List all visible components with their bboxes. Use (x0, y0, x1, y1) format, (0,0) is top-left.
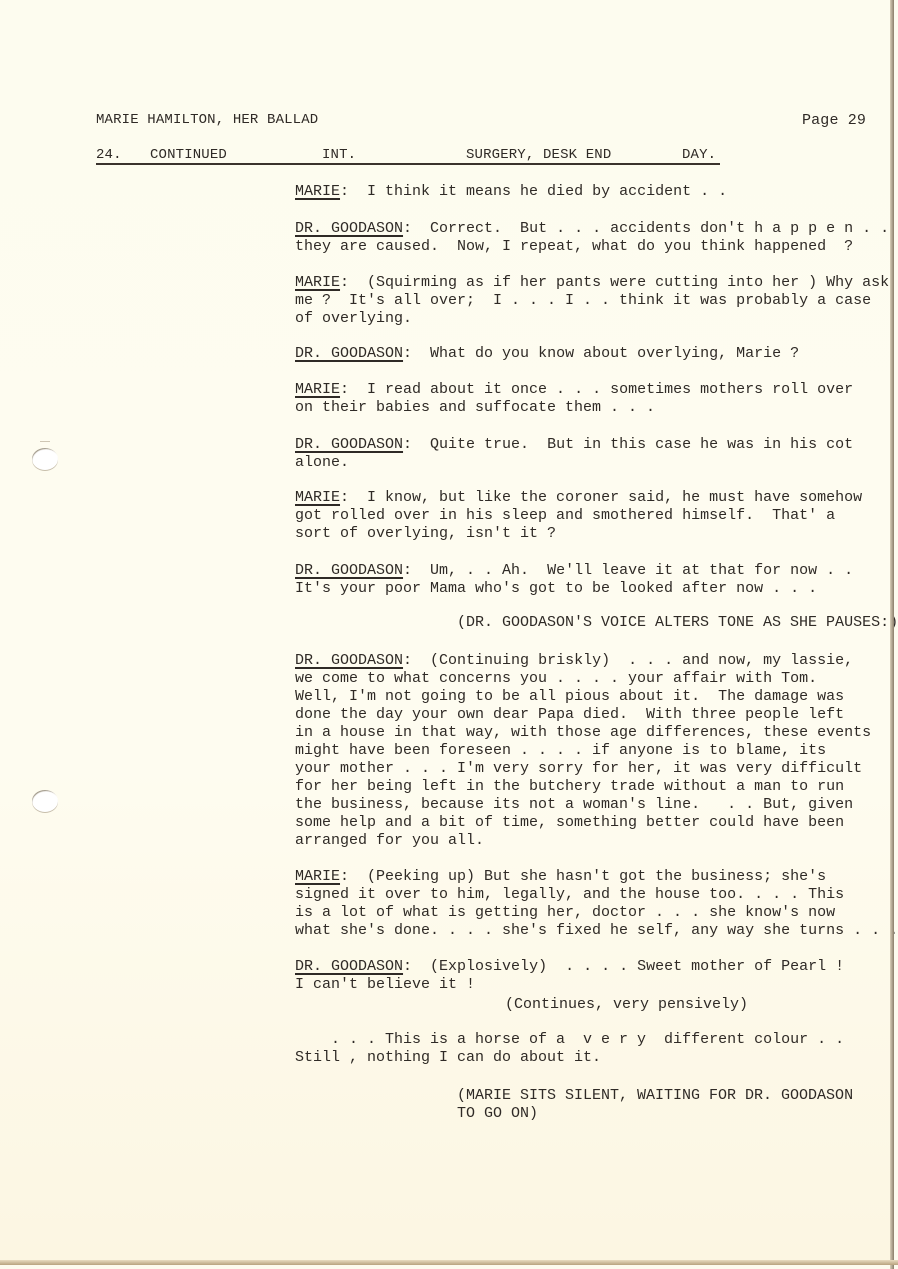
dialogue-block: MARIE: (Peeking up) But she hasn't got t… (295, 868, 895, 940)
scene-time: DAY. (682, 146, 716, 164)
dialogue-line: is a lot of what is getting her, doctor … (295, 904, 895, 922)
dialogue-text: Um, . . Ah. We'll leave it at that for n… (430, 562, 853, 579)
dialogue-block: MARIE: I know, but like the coroner said… (295, 489, 895, 543)
dialogue-text: What do you know about overlying, Marie … (430, 345, 799, 362)
speaker-name: DR. GOODASON (295, 652, 403, 669)
dialogue-line: done the day your own dear Papa died. Wi… (295, 706, 895, 724)
dialogue-text: I know, but like the coroner said, he mu… (367, 489, 862, 506)
dialogue-text: (Peeking up) But she hasn't got the busi… (367, 868, 826, 885)
speaker-colon: : (340, 274, 367, 291)
dialogue-line: . . . This is a horse of a v e r y diffe… (295, 1031, 895, 1049)
dialogue-line: Still , nothing I can do about it. (295, 1049, 895, 1067)
scene-status: CONTINUED (150, 146, 227, 164)
dialogue-text: your mother . . . I'm very sorry for her… (295, 760, 862, 777)
speaker-name: MARIE (295, 868, 340, 885)
dialogue-line: what she's done. . . . she's fixed he se… (295, 922, 895, 940)
speaker-name: DR. GOODASON (295, 958, 403, 975)
dialogue-block: DR. GOODASON: Correct. But . . . acciden… (295, 220, 895, 256)
speaker-colon: : (340, 489, 367, 506)
dialogue-line: DR. GOODASON: (Continuing briskly) . . .… (295, 652, 895, 670)
dialogue-text: Correct. But . . . accidents don't h a p… (430, 220, 889, 237)
dialogue-line: I can't believe it ! (295, 976, 895, 994)
dialogue-line: signed it over to him, legally, and the … (295, 886, 895, 904)
speaker-name: DR. GOODASON (295, 436, 403, 453)
dialogue-line: It's your poor Mama who's got to be look… (295, 580, 895, 598)
dialogue-line: DR. GOODASON: What do you know about ove… (295, 345, 895, 363)
dialogue-line: DR. GOODASON: Um, . . Ah. We'll leave it… (295, 562, 895, 580)
dialogue-text: Still , nothing I can do about it. (295, 1049, 601, 1066)
dialogue-text: is a lot of what is getting her, doctor … (295, 904, 835, 921)
dialogue-line: got rolled over in his sleep and smother… (295, 507, 895, 525)
dialogue-text: me ? It's all over; I . . . I . . think … (295, 292, 871, 309)
dialogue-line: alone. (295, 454, 895, 472)
dialogue-line: DR. GOODASON: (Explosively) . . . . Swee… (295, 958, 895, 976)
dialogue-text: I read about it once . . . sometimes mot… (367, 381, 853, 398)
dialogue-text: I think it means he died by accident . . (367, 183, 727, 200)
page-number: Page 29 (802, 112, 866, 130)
speaker-name: DR. GOODASON (295, 562, 403, 579)
speaker-name: DR. GOODASON (295, 345, 403, 362)
dialogue-text: in a house in that way, with those age d… (295, 724, 871, 741)
hole-punch (32, 790, 58, 812)
speaker-colon: : (403, 345, 430, 362)
dialogue-text: for her being left in the butchery trade… (295, 778, 844, 795)
stage-direction: (Continues, very pensively) (505, 996, 748, 1014)
dialogue-block: DR. GOODASON: (Explosively) . . . . Swee… (295, 958, 895, 994)
dialogue-text: (Squirming as if her pants were cutting … (367, 274, 889, 291)
document-title: MARIE HAMILTON, HER BALLAD (96, 111, 318, 129)
scene-number: 24. (96, 146, 122, 164)
speaker-name: MARIE (295, 381, 340, 398)
dialogue-line: in a house in that way, with those age d… (295, 724, 895, 742)
scene-int-ext: INT. (322, 146, 356, 164)
dialogue-text: Well, I'm not going to be all pious abou… (295, 688, 844, 705)
stage-direction: (MARIE SITS SILENT, WAITING FOR DR. GOOD… (457, 1087, 853, 1123)
script-page: MARIE HAMILTON, HER BALLAD Page 29 24. C… (0, 0, 894, 1265)
dialogue-line: MARIE: (Peeking up) But she hasn't got t… (295, 868, 895, 886)
dialogue-text: It's your poor Mama who's got to be look… (295, 580, 817, 597)
speaker-colon: : (403, 220, 430, 237)
dialogue-text: what she's done. . . . she's fixed he se… (295, 922, 898, 939)
dialogue-line: on their babies and suffocate them . . . (295, 399, 895, 417)
dialogue-line: they are caused. Now, I repeat, what do … (295, 238, 895, 256)
dialogue-text: got rolled over in his sleep and smother… (295, 507, 835, 524)
dialogue-text: arranged for you all. (295, 832, 484, 849)
dialogue-line: MARIE: I think it means he died by accid… (295, 183, 895, 201)
paper-edge (0, 1260, 898, 1265)
margin-mark (40, 441, 50, 442)
hole-punch (32, 448, 58, 470)
direction-line: TO GO ON) (457, 1105, 853, 1123)
dialogue-text: sort of overlying, isn't it ? (295, 525, 556, 542)
dialogue-line: of overlying. (295, 310, 895, 328)
dialogue-line: arranged for you all. (295, 832, 895, 850)
dialogue-text: done the day your own dear Papa died. Wi… (295, 706, 844, 723)
dialogue-text: some help and a bit of time, something b… (295, 814, 844, 831)
dialogue-block: . . . This is a horse of a v e r y diffe… (295, 1031, 895, 1067)
dialogue-text: I can't believe it ! (295, 976, 475, 993)
dialogue-text: they are caused. Now, I repeat, what do … (295, 238, 853, 255)
dialogue-line: your mother . . . I'm very sorry for her… (295, 760, 895, 778)
dialogue-text: (Continuing briskly) . . . and now, my l… (430, 652, 853, 669)
scene-location: SURGERY, DESK END (466, 146, 611, 164)
dialogue-line: for her being left in the butchery trade… (295, 778, 895, 796)
dialogue-line: sort of overlying, isn't it ? (295, 525, 895, 543)
direction-line: (MARIE SITS SILENT, WAITING FOR DR. GOOD… (457, 1087, 853, 1105)
dialogue-block: MARIE: I read about it once . . . someti… (295, 381, 895, 417)
slugline-underline (96, 163, 720, 165)
dialogue-block: MARIE: I think it means he died by accid… (295, 183, 895, 201)
dialogue-text: signed it over to him, legally, and the … (295, 886, 844, 903)
speaker-name: MARIE (295, 489, 340, 506)
stage-direction: (DR. GOODASON'S VOICE ALTERS TONE AS SHE… (457, 614, 898, 632)
dialogue-text: . . . This is a horse of a v e r y diffe… (295, 1031, 844, 1048)
dialogue-block: DR. GOODASON: (Continuing briskly) . . .… (295, 652, 895, 850)
speaker-name: DR. GOODASON (295, 220, 403, 237)
speaker-colon: : (340, 183, 367, 200)
dialogue-line: we come to what concerns you . . . . you… (295, 670, 895, 688)
speaker-name: MARIE (295, 274, 340, 291)
dialogue-line: MARIE: I read about it once . . . someti… (295, 381, 895, 399)
dialogue-line: MARIE: I know, but like the coroner said… (295, 489, 895, 507)
dialogue-line: some help and a bit of time, something b… (295, 814, 895, 832)
speaker-name: MARIE (295, 183, 340, 200)
dialogue-line: DR. GOODASON: Correct. But . . . acciden… (295, 220, 895, 238)
dialogue-block: DR. GOODASON: What do you know about ove… (295, 345, 895, 363)
dialogue-text: might have been foreseen . . . . if anyo… (295, 742, 826, 759)
dialogue-block: DR. GOODASON: Quite true. But in this ca… (295, 436, 895, 472)
dialogue-text: alone. (295, 454, 349, 471)
speaker-colon: : (403, 652, 430, 669)
dialogue-line: MARIE: (Squirming as if her pants were c… (295, 274, 895, 292)
dialogue-text: (Explosively) . . . . Sweet mother of Pe… (430, 958, 844, 975)
speaker-colon: : (403, 562, 430, 579)
paper-edge (890, 0, 894, 1269)
speaker-colon: : (403, 436, 430, 453)
speaker-colon: : (340, 868, 367, 885)
dialogue-block: MARIE: (Squirming as if her pants were c… (295, 274, 895, 328)
dialogue-text: of overlying. (295, 310, 412, 327)
speaker-colon: : (340, 381, 367, 398)
dialogue-text: we come to what concerns you . . . . you… (295, 670, 817, 687)
dialogue-text: on their babies and suffocate them . . . (295, 399, 655, 416)
dialogue-line: might have been foreseen . . . . if anyo… (295, 742, 895, 760)
dialogue-line: me ? It's all over; I . . . I . . think … (295, 292, 895, 310)
dialogue-text: the business, because its not a woman's … (295, 796, 853, 813)
dialogue-line: DR. GOODASON: Quite true. But in this ca… (295, 436, 895, 454)
dialogue-line: the business, because its not a woman's … (295, 796, 895, 814)
dialogue-line: Well, I'm not going to be all pious abou… (295, 688, 895, 706)
dialogue-block: DR. GOODASON: Um, . . Ah. We'll leave it… (295, 562, 895, 598)
speaker-colon: : (403, 958, 430, 975)
dialogue-text: Quite true. But in this case he was in h… (430, 436, 853, 453)
